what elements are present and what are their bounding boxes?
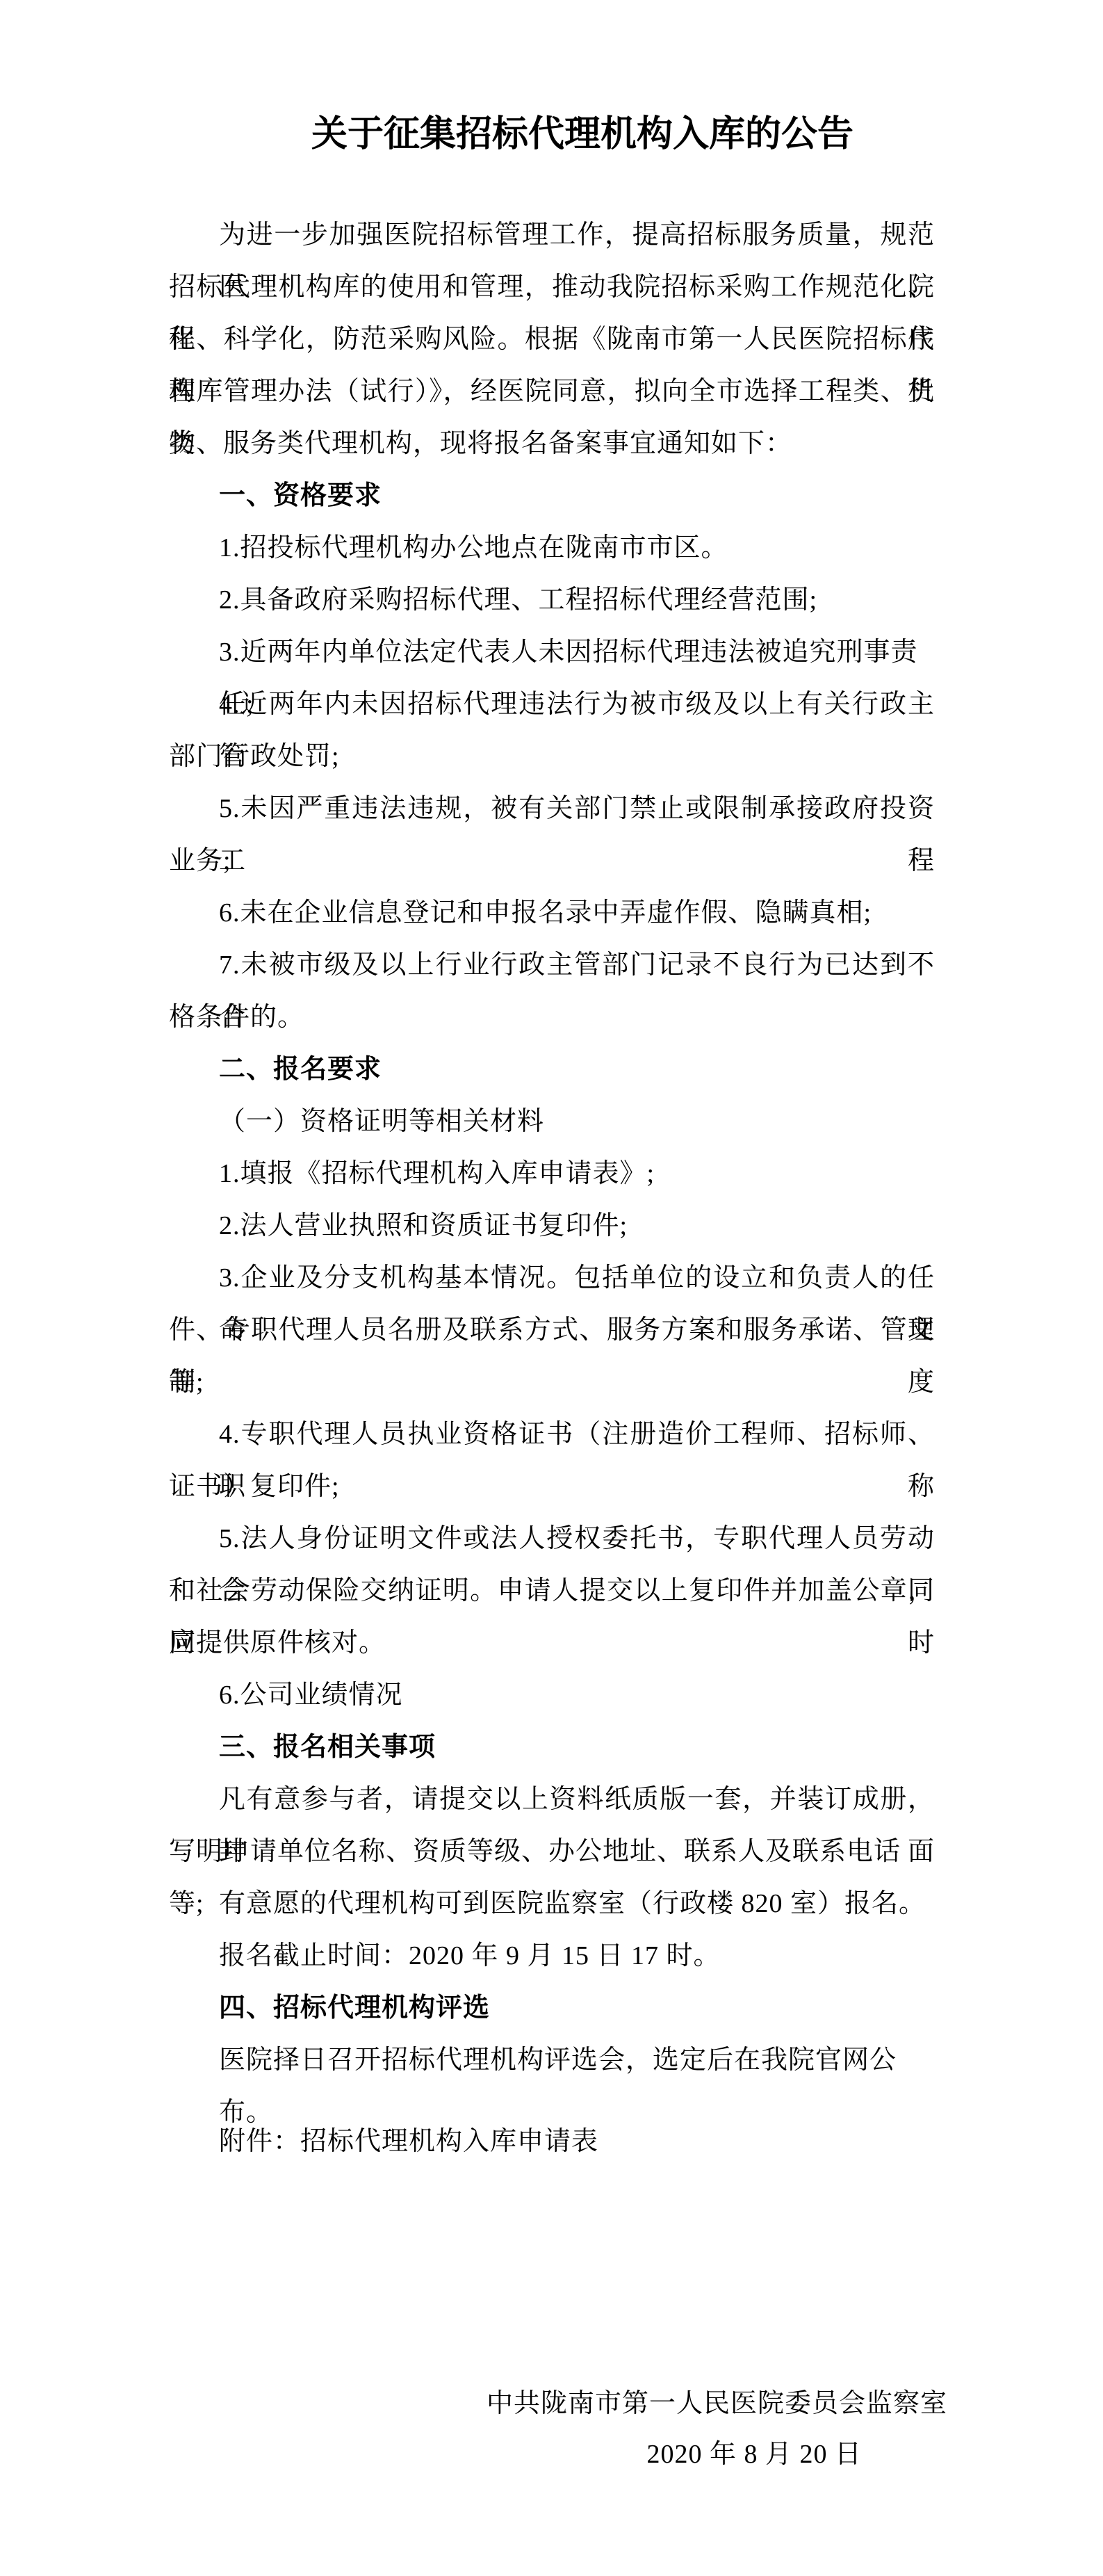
list-item: 3.近两年内单位法定代表人未因招标代理违法被追究刑事责任; <box>169 626 935 679</box>
list-item-continuation: 格条件的。 <box>169 991 935 1044</box>
list-item-continuation: 和社会劳动保险交纳证明。申请人提交以上复印件并加盖公章，同时 <box>169 1565 935 1617</box>
section-1-heading: 一、资格要求 <box>169 470 935 522</box>
document-title-text: 关于征集招标代理机构入库的公告 <box>311 108 853 162</box>
paragraph-line: 类、服务类代理机构，现将报名备案事宜通知如下： <box>169 418 935 470</box>
attachment-line: 附件：招标代理机构入库申请表 <box>169 2116 935 2168</box>
list-item-continuation: 部门行政处罚; <box>169 731 935 783</box>
list-item: 5.未因严重违法违规，被有关部门禁止或限制承接政府投资工程 <box>169 783 935 835</box>
list-item: 4.专职代理人员执业资格证书（注册造价工程师、招标师、职称 <box>169 1409 935 1461</box>
list-item: 6.公司业绩情况 <box>169 1669 935 1722</box>
list-item: 4.近两年内未因招标代理违法行为被市级及以上有关行政主管 <box>169 679 935 731</box>
date-line: 2020 年 8 月 20 日 <box>169 2430 935 2479</box>
list-item: 3.企业及分支机构基本情况。包括单位的设立和负责人的任命文 <box>169 1252 935 1304</box>
paragraph-line: 凡有意参与者，请提交以上资料纸质版一套，并装订成册，封面 <box>169 1774 935 1826</box>
section-3-heading: 三、报名相关事项 <box>169 1722 935 1774</box>
section-4-heading: 四、招标代理机构评选 <box>169 1982 935 2034</box>
list-item-continuation: 件、专职代理人员名册及联系方式、服务方案和服务承诺、管理制度 <box>169 1304 935 1356</box>
paragraph-line: 构库管理办法（试行）》，经医院同意，拟向全市选择工程类、货物 <box>169 366 935 418</box>
list-item: 2.法人营业执照和资质证书复印件; <box>169 1200 935 1252</box>
list-item: 6.未在企业信息登记和申报名录中弄虚作假、隐瞒真相; <box>169 887 935 939</box>
paragraph-line: 写明申请单位名称、资质等级、办公地址、联系人及联系电话等; <box>169 1826 935 1878</box>
paragraph-line: 有意愿的代理机构可到医院监察室（行政楼 820 室）报名。 <box>169 1878 935 1930</box>
document-body: 为进一步加强医院招标管理工作，提高招标服务质量，规范医院 招标代理机构库的使用和… <box>169 209 935 2479</box>
announcement-document: 关于征集招标代理机构入库的公告 为进一步加强医院招标管理工作，提高招标服务质量，… <box>0 0 1103 2576</box>
section-2-heading: 二、报名要求 <box>169 1044 935 1096</box>
document-title: 关于征集招标代理机构入库的公告 <box>169 108 935 162</box>
list-item: 2.具备政府采购招标代理、工程招标代理经营范围; <box>169 574 935 626</box>
paragraph-line: 医院择日召开招标代理机构评选会，选定后在我院官网公布。 <box>169 2034 935 2087</box>
list-item: 1.填报《招标代理机构入库申请表》; <box>169 1148 935 1200</box>
list-item: 5.法人身份证明文件或法人授权委托书，专职代理人员劳动合同 <box>169 1513 935 1565</box>
deadline-line: 报名截止时间：2020 年 9 月 15 日 17 时。 <box>169 1930 935 1982</box>
list-item: 1.招投标代理机构办公地点在陇南市市区。 <box>169 522 935 574</box>
paragraph-line: 为进一步加强医院招标管理工作，提高招标服务质量，规范医院 <box>169 209 935 261</box>
signature-line: 中共陇南市第一人民医院委员会监察室 <box>169 2378 947 2430</box>
subsection-heading: （一）资格证明等相关材料 <box>169 1096 935 1148</box>
paragraph-line: 化、科学化，防范采购风险。根据《陇南市第一人民医院招标代理机 <box>169 314 935 366</box>
list-item: 7.未被市级及以上行业行政主管部门记录不良行为已达到不合 <box>169 939 935 991</box>
paragraph-line: 招标代理机构库的使用和管理，推动我院招标采购工作规范化、程序 <box>169 261 935 314</box>
